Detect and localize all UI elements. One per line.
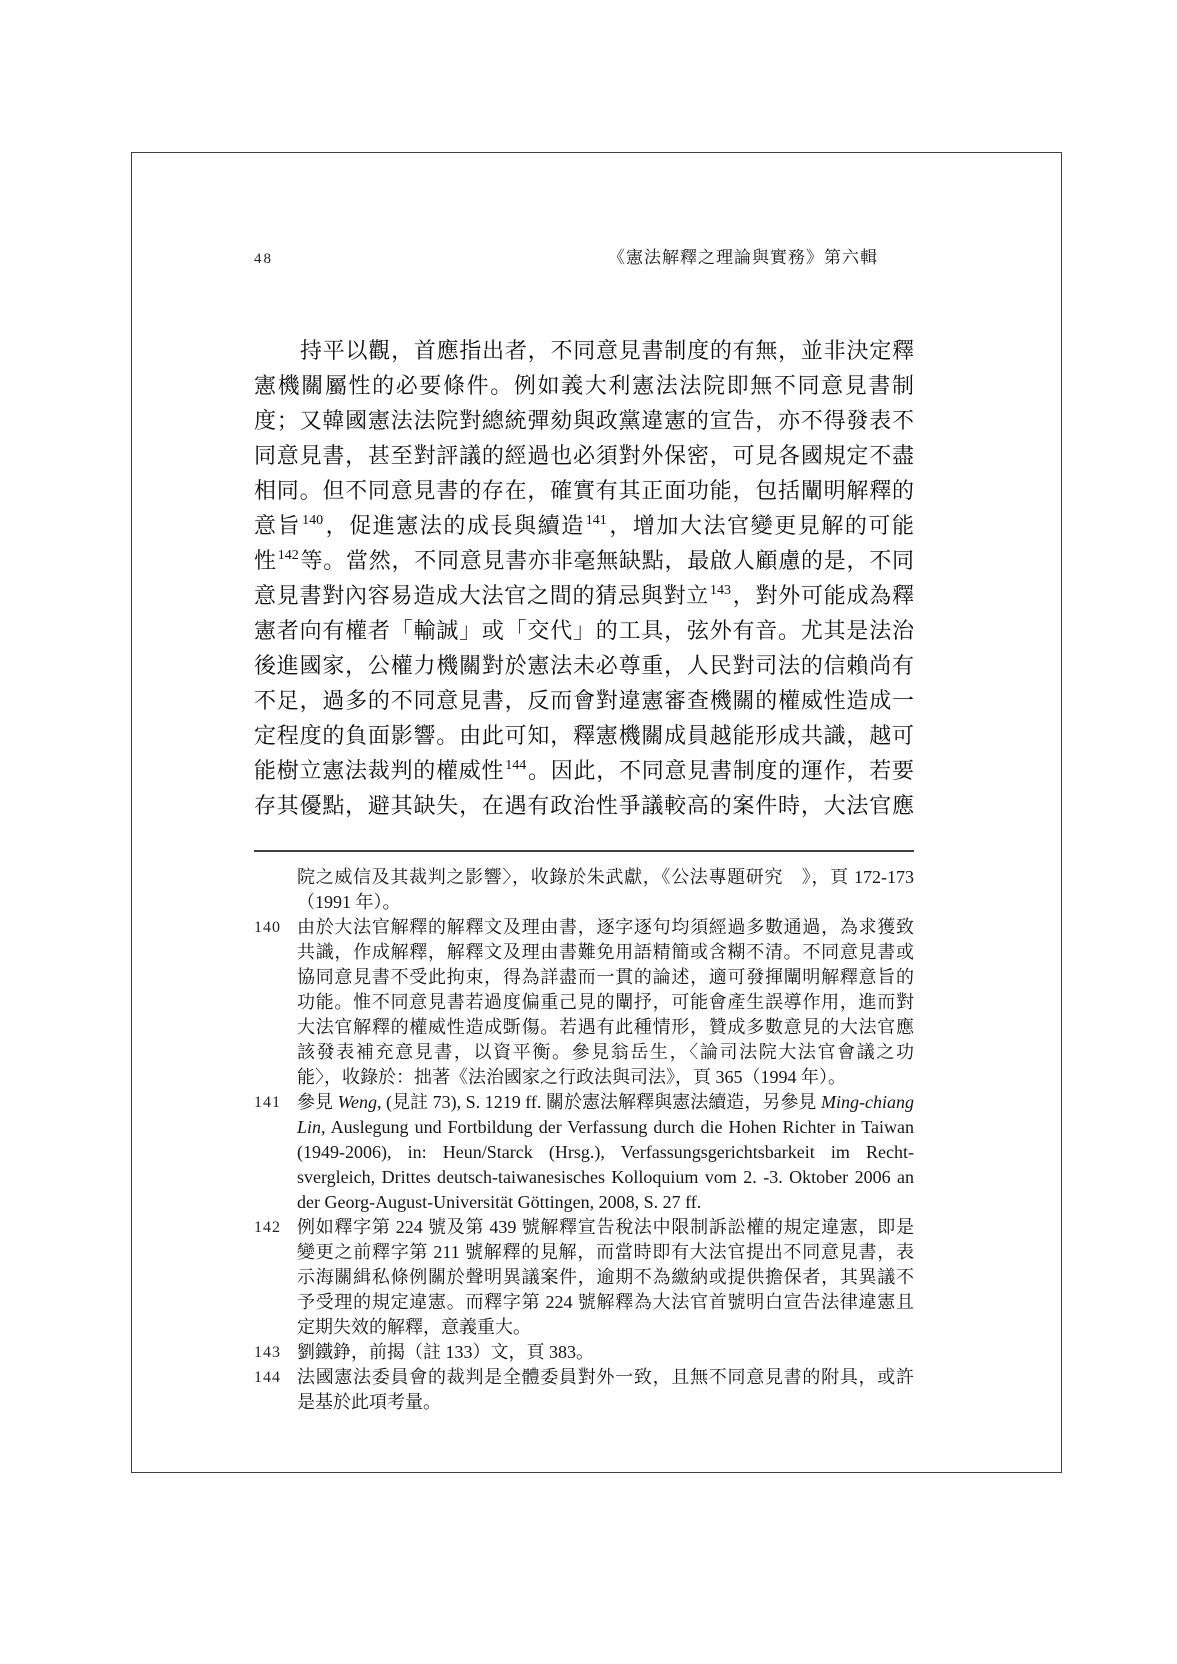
- page-header: 48 《憲法解釋之理論與實務》第六輯: [254, 243, 914, 268]
- footnote-line: 參見 Weng, (見註 73), S. 1219 ff. 關於憲法解釋與憲法續…: [297, 1090, 914, 1115]
- footnote-number: 140: [254, 915, 294, 940]
- footnote-line: 共識，作成解釋，解釋文及理由書難免用語精簡或含糊不清。不同意見書或: [297, 940, 914, 965]
- footnote-line: svergleich, Drittes deutsch-taiwanesisch…: [297, 1165, 914, 1190]
- body-line: 憲機關屬性的必要條件。例如義大利憲法法院即無不同意見書制: [254, 368, 914, 403]
- page-number: 48: [254, 251, 273, 268]
- footnote-line: （1991 年）。: [297, 890, 914, 915]
- footnote-line: 是基於此項考量。: [297, 1390, 914, 1415]
- footnote-line: 定期失效的解釋，意義重大。: [297, 1315, 914, 1340]
- body-line: 憲者向有權者「輸誠」或「交代」的工具，弦外有音。尤其是法治: [254, 613, 914, 648]
- footnote: 141參見 Weng, (見註 73), S. 1219 ff. 關於憲法解釋與…: [254, 1090, 914, 1215]
- footnote-number: 143: [254, 1340, 294, 1365]
- book-title: 《憲法解釋之理論與實務》第六輯: [608, 243, 914, 268]
- footnote-line: 功能。惟不同意見書若過度偏重己見的闡抒，可能會產生誤導作用，進而對: [297, 990, 914, 1015]
- footnote-line: 能〉，收錄於：拙著《法治國家之行政法與司法》，頁 365（1994 年）。: [297, 1065, 914, 1090]
- footnote-line: 予受理的規定違憲。而釋字第 224 號解釋為大法官首號明白宣告法律違憲且: [297, 1290, 914, 1315]
- body-line: 相同。但不同意見書的存在，確實有其正面功能，包括闡明解釋的: [254, 473, 914, 508]
- footnote-list: 院之威信及其裁判之影響〉，收錄於朱武獻，《公法專題研究 》，頁 172-173（…: [254, 865, 914, 1415]
- footnote-line: 示海關緝私條例關於聲明異議案件，逾期不為繳納或提供擔保者，其異議不: [297, 1265, 914, 1290]
- document-page: 48 《憲法解釋之理論與實務》第六輯 持平以觀，首應指出者，不同意見書制度的有無…: [0, 0, 1177, 1664]
- italic-text: Ming-chiang: [821, 1092, 914, 1112]
- body-line: 定程度的負面影響。由此可知，釋憲機關成員越能形成共識，越可: [254, 718, 914, 753]
- footnote-line: 法國憲法委員會的裁判是全體委員對外一致，且無不同意見書的附具，或許: [297, 1365, 914, 1390]
- body-line: 後進國家，公權力機關對於憲法未必尊重，人民對司法的信賴尚有: [254, 648, 914, 683]
- footnote-number: 141: [254, 1090, 294, 1115]
- footnote-line: 例如釋字第 224 號及第 439 號解釋宣告稅法中限制訴訟權的規定違憲，即是: [297, 1215, 914, 1240]
- body-line: 持平以觀，首應指出者，不同意見書制度的有無，並非決定釋: [254, 333, 914, 368]
- body-line: 存其優點，避其缺失，在遇有政治性爭議較高的案件時，大法官應: [254, 788, 914, 823]
- footnote-line: 協同意見書不受此拘束，得為詳盡而一貫的論述，適可發揮闡明解釋意旨的: [297, 965, 914, 990]
- body-line: 同意見書，甚至對評議的經過也必須對外保密，可見各國規定不盡: [254, 438, 914, 473]
- footnote-line: 由於大法官解釋的解釋文及理由書，逐字逐句均須經過多數通過，為求獲致: [297, 915, 914, 940]
- italic-text: Lin: [297, 1117, 321, 1137]
- footnote-line: (1949-2006), in: Heun/Starck (Hrsg.), Ve…: [297, 1140, 914, 1165]
- footnote-line: 大法官解釋的權威性造成斲傷。若遇有此種情形，贊成多數意見的大法官應: [297, 1015, 914, 1040]
- footnote: 143劉鐵錚，前揭（註 133）文，頁 383。: [254, 1340, 914, 1365]
- body-line: 意旨140，促進憲法的成長與續造141，增加大法官變更見解的可能: [254, 508, 914, 543]
- body-line: 不足，過多的不同意見書，反而會對違憲審查機關的權威性造成一: [254, 683, 914, 718]
- body-line: 意見書對內容易造成大法官之間的猜忌與對立143，對外可能成為釋: [254, 578, 914, 613]
- footnote-line: 劉鐵錚，前揭（註 133）文，頁 383。: [297, 1340, 914, 1365]
- footnote-ref: 142: [277, 548, 300, 563]
- footnote-number: 144: [254, 1365, 294, 1390]
- body-line: 能樹立憲法裁判的權威性144。因此，不同意見書制度的運作，若要: [254, 753, 914, 788]
- body-paragraph: 持平以觀，首應指出者，不同意見書制度的有無，並非決定釋憲機關屬性的必要條件。例如…: [254, 333, 914, 823]
- footnote-line: 變更之前釋字第 211 號解釋的見解，而當時即有大法官提出不同意見書，表: [297, 1240, 914, 1265]
- italic-text: Weng: [338, 1092, 377, 1112]
- footnote-line: Lin, Auslegung und Fortbildung der Verfa…: [297, 1115, 914, 1140]
- footnote-line: 該發表補充意見書，以資平衡。參見翁岳生，〈論司法院大法官會議之功: [297, 1040, 914, 1065]
- footnote-line: 院之威信及其裁判之影響〉，收錄於朱武獻，《公法專題研究 》，頁 172-173: [297, 865, 914, 890]
- footnote: 140由於大法官解釋的解釋文及理由書，逐字逐句均須經過多數通過，為求獲致共識，作…: [254, 915, 914, 1090]
- footnotes-section: 院之威信及其裁判之影響〉，收錄於朱武獻，《公法專題研究 》，頁 172-173（…: [254, 850, 914, 1415]
- footnote-ref: 143: [709, 583, 732, 598]
- footnote-line: der Georg-August-Universität Göttingen, …: [297, 1190, 914, 1215]
- body-line: 度；又韓國憲法法院對總統彈劾與政黨違憲的宣告，亦不得發表不: [254, 403, 914, 438]
- body-line: 性142等。當然，不同意見書亦非毫無缺點，最啟人顧慮的是，不同: [254, 543, 914, 578]
- footnote-separator: [254, 850, 914, 852]
- footnote-number: 142: [254, 1215, 294, 1240]
- footnote: 院之威信及其裁判之影響〉，收錄於朱武獻，《公法專題研究 》，頁 172-173（…: [254, 865, 914, 915]
- footnote-ref: 140: [301, 513, 324, 528]
- footnote-ref: 144: [504, 758, 527, 773]
- page-frame: 48 《憲法解釋之理論與實務》第六輯 持平以觀，首應指出者，不同意見書制度的有無…: [131, 152, 1062, 1473]
- footnote: 144法國憲法委員會的裁判是全體委員對外一致，且無不同意見書的附具，或許是基於此…: [254, 1365, 914, 1415]
- footnote: 142例如釋字第 224 號及第 439 號解釋宣告稅法中限制訴訟權的規定違憲，…: [254, 1215, 914, 1340]
- footnote-ref: 141: [585, 513, 608, 528]
